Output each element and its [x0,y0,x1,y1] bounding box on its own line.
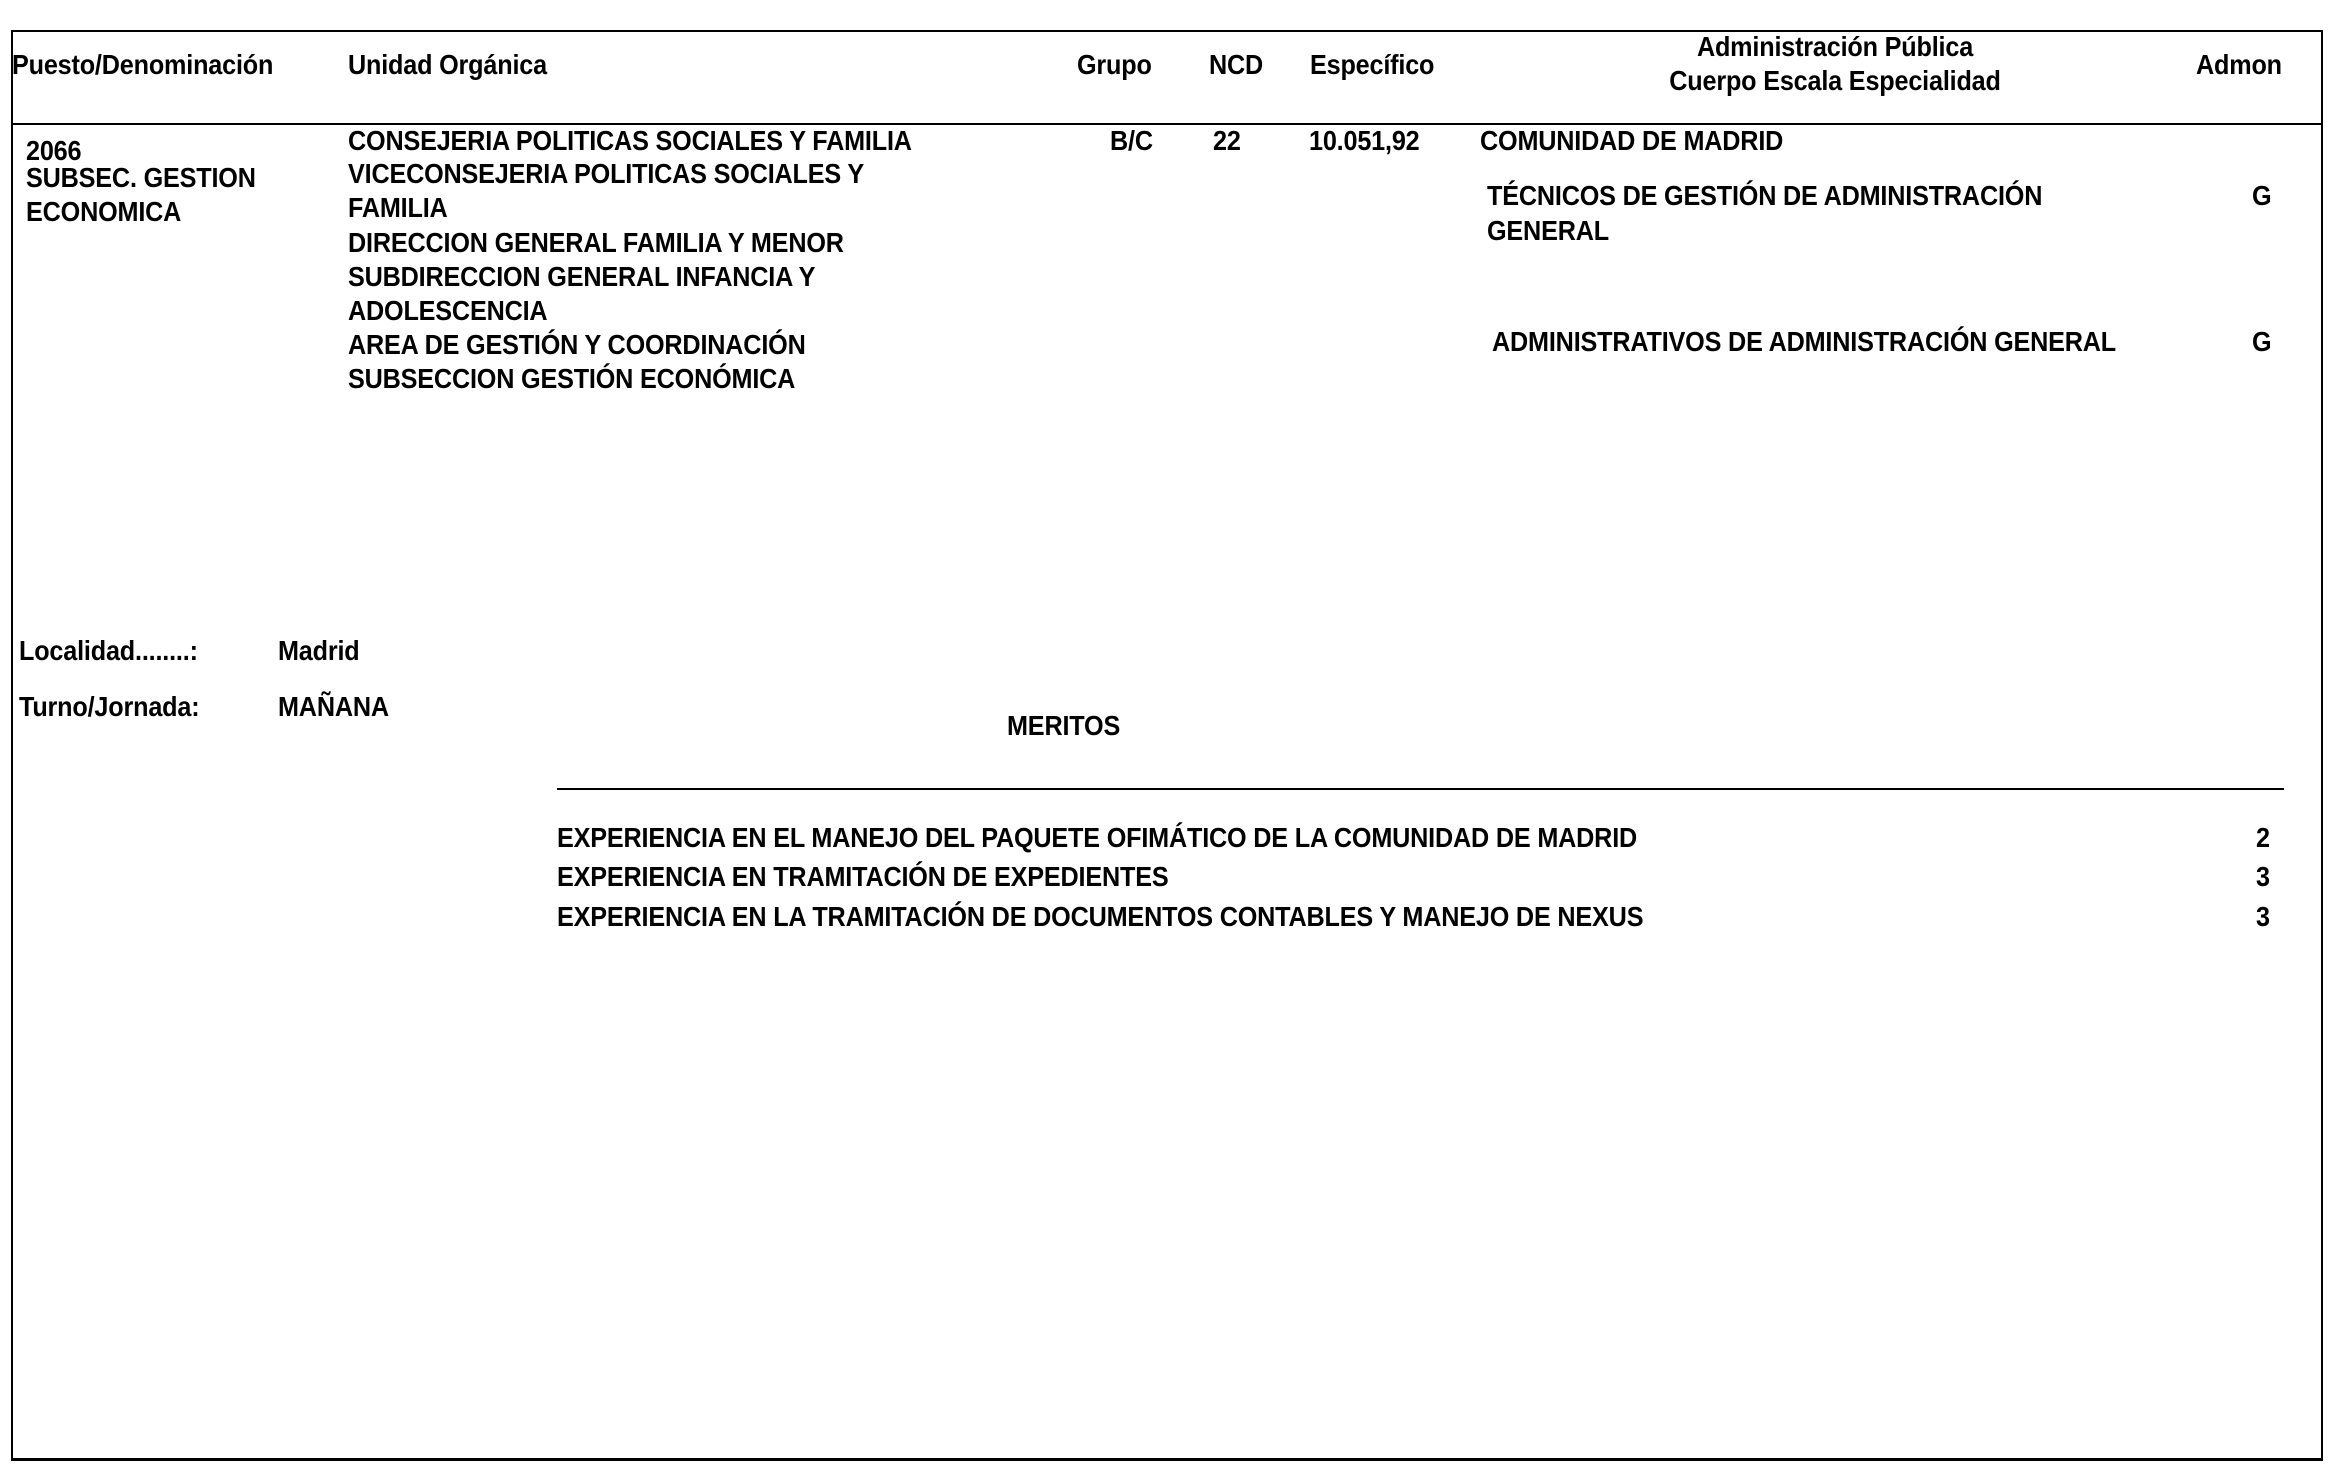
denominacion-line: ECONOMICA [26,195,181,229]
unidad-line: FAMILIA [348,191,448,225]
unidad-line: ADOLESCENCIA [348,294,547,328]
header-puesto: Puesto/Denominación [12,48,273,82]
cuerpo-admon: G [2252,179,2271,213]
cuerpo-admon: G [2252,325,2271,359]
administracion-value: COMUNIDAD DE MADRID [1480,124,1783,158]
header-admin-publica: Administración Pública [1565,30,2105,64]
meritos-divider [557,788,2284,790]
denominacion-line: SUBSEC. GESTION [26,161,256,195]
cuerpo-line: TÉCNICOS DE GESTIÓN DE ADMINISTRACIÓN [1487,179,2042,213]
localidad-label: Localidad........: [19,634,198,668]
merito-points: 3 [2256,860,2270,894]
header-unidad: Unidad Orgánica [348,48,547,82]
merito-text: EXPERIENCIA EN EL MANEJO DEL PAQUETE OFI… [557,821,1637,855]
header-grupo: Grupo [1077,48,1152,82]
unidad-line: VICECONSEJERIA POLITICAS SOCIALES Y [348,157,864,191]
turno-value: MAÑANA [278,690,389,724]
unidad-line: AREA DE GESTIÓN Y COORDINACIÓN [348,328,806,362]
grupo-value: B/C [1110,124,1153,158]
header-especifico: Específico [1310,48,1434,82]
merito-text: EXPERIENCIA EN TRAMITACIÓN DE EXPEDIENTE… [557,860,1169,894]
ncd-value: 22 [1213,124,1241,158]
meritos-title: MERITOS [1007,709,1120,743]
cuerpo-line: ADMINISTRATIVOS DE ADMINISTRACIÓN GENERA… [1492,325,2116,359]
unidad-line: SUBSECCION GESTIÓN ECONÓMICA [348,362,795,396]
header-cuerpo-escala: Cuerpo Escala Especialidad [1565,64,2105,98]
turno-label: Turno/Jornada: [19,690,199,724]
localidad-value: Madrid [278,634,360,668]
unidad-line: DIRECCION GENERAL FAMILIA Y MENOR [348,226,844,260]
unidad-line: SUBDIRECCION GENERAL INFANCIA Y [348,260,815,294]
merito-points: 3 [2256,900,2270,934]
header-ncd: NCD [1209,48,1263,82]
merito-text: EXPERIENCIA EN LA TRAMITACIÓN DE DOCUMEN… [557,900,1643,934]
cuerpo-line: GENERAL [1487,214,1609,248]
header-admon: Admon [2196,48,2282,82]
merito-points: 2 [2256,821,2270,855]
especifico-value: 10.051,92 [1309,124,1419,158]
unidad-line: CONSEJERIA POLITICAS SOCIALES Y FAMILIA [348,124,912,158]
